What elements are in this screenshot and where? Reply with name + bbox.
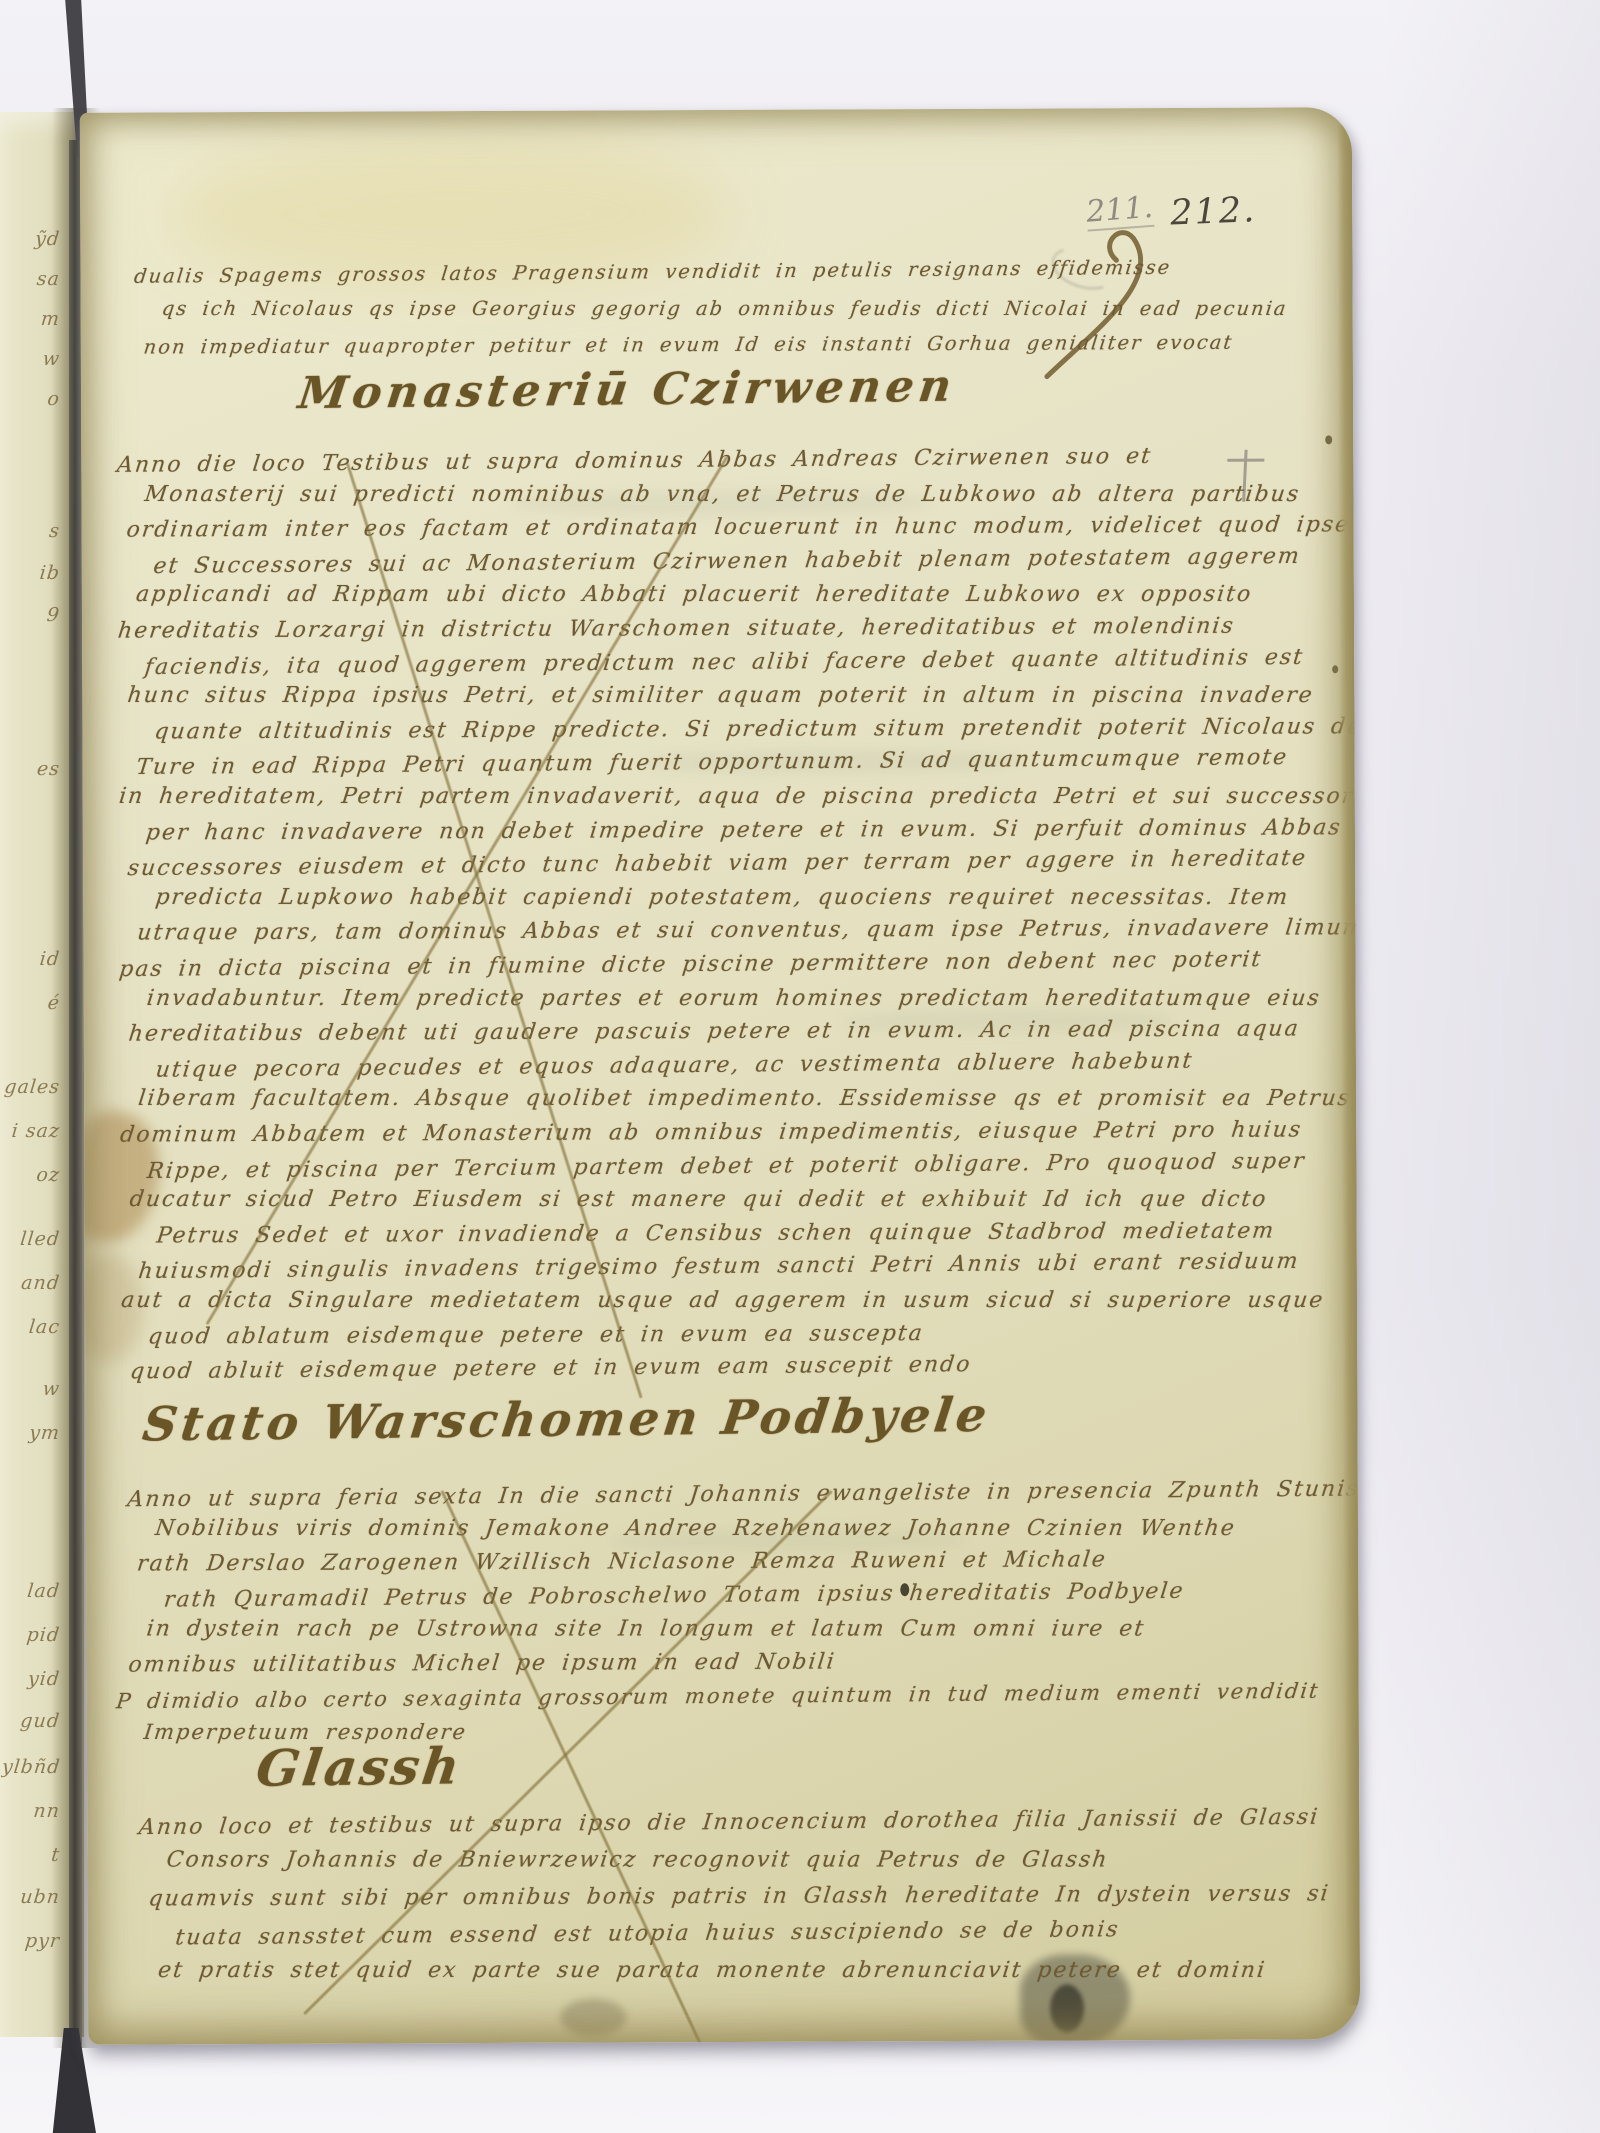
manuscript-line: liberam facultatem. Absque quolibet impe… — [137, 1086, 1353, 1111]
manuscript-line: quod ablatum eisdemque petere et in evum… — [147, 1321, 926, 1349]
heading-stato: Stato Warschomen Podbyele — [140, 1388, 994, 1453]
manuscript-line: dualis Spagems grossos latos Pragensium … — [133, 256, 1173, 288]
manuscript-line: et pratis stet quid ex parte sue parata … — [157, 1958, 1268, 1983]
manuscript-line: in hereditatem, Petri partem invadaverit… — [118, 784, 1361, 809]
binding-strap — [69, 140, 82, 2045]
page-fore-edge — [1337, 125, 1360, 2005]
manuscript-line: in dystein rach pe Ustrowna site In long… — [145, 1616, 1147, 1641]
scanned-book-photo: ỹdsamwosib9esidégalesi sazozlledandlacwy… — [0, 0, 1600, 2133]
manuscript-line: hereditatibus debent uti gaudere pascuis… — [127, 1017, 1301, 1047]
manuscript-line: successores eiusdem et dicto tunc habebi… — [126, 846, 1308, 881]
manuscript-line: et Successores sui ac Monasterium Czirwe… — [152, 544, 1302, 579]
manuscript-line: hereditatis Lorzargi in districtu Warsch… — [117, 614, 1237, 644]
manuscript-line: Ture in ead Rippa Petri quantum fuerit o… — [135, 745, 1290, 780]
manuscript-line: huiusmodi singulis invadens trigesimo fe… — [137, 1249, 1301, 1284]
manuscript-line: faciendis, ita quod aggerem predictum ne… — [143, 645, 1305, 680]
heading-monasterium: Monasteriū Czirwenen — [295, 361, 959, 419]
smudge-bottom-left — [560, 1998, 626, 2036]
manuscript-line: non impediatur quapropter petitur et in … — [142, 331, 1234, 359]
manuscript-line: Monasterij sui predicti nominibus ab vna… — [143, 482, 1301, 507]
manuscript-line: P dimidio albo certo sexaginta grossorum… — [115, 1679, 1321, 1714]
cross-mark-bar — [1227, 459, 1264, 462]
heading-glassh: Glassh — [253, 1736, 466, 1797]
edge-speck-1 — [1325, 435, 1332, 444]
manuscript-line: rath Quramadil Petrus de Pobroschelwo To… — [163, 1578, 1186, 1612]
manuscript-line: ducatur sicud Petro Eiusdem si est maner… — [128, 1187, 1269, 1212]
scanner-bed-shading — [1380, 0, 1600, 2133]
dark-smudge-core — [1050, 1984, 1084, 2032]
manuscript-line: utique pecora pecudes et equos adaquare,… — [154, 1048, 1194, 1082]
manuscript-line: pas in dicta piscina et in fiumine dicte… — [118, 947, 1264, 982]
edge-speck-2 — [1332, 665, 1338, 673]
manuscript-line: invadabuntur. Item predicte partes et eo… — [145, 986, 1322, 1011]
manuscript-line: hunc situs Rippa ipsius Petri, et simili… — [126, 683, 1315, 708]
manuscript-line: Anno loco et testibus ut supra ipso die … — [138, 1805, 1321, 1840]
manuscript-line: qs ich Nicolaus qs ipse Georgius gegorig… — [161, 296, 1289, 319]
manuscript-line: per hanc invadavere non debet impedire p… — [144, 815, 1343, 845]
manuscript-line: rath Derslao Zarogenen Wzillisch Niclaso… — [136, 1547, 1109, 1576]
manuscript-line: quante altitudinis est Rippe predicte. S… — [153, 714, 1360, 744]
manuscript-line: Anno die loco Testibus ut supra dominus … — [116, 444, 1154, 478]
manuscript-line: Nobilibus viris dominis Jemakone Andree … — [154, 1516, 1238, 1541]
manuscript-line: Anno ut supra feria sexta In die sancti … — [126, 1477, 1360, 1513]
manuscript-line: dominum Abbatem et Monasterium ab omnibu… — [119, 1117, 1304, 1147]
manuscript-line: predicta Lupkowo habebit capiendi potest… — [154, 885, 1291, 910]
manuscript-line: aut a dicta Singulare medietatem usque a… — [120, 1288, 1326, 1313]
manuscript-line: Consors Johannis de Bniewrzewicz recogno… — [165, 1847, 1110, 1872]
manuscript-line: Petrus Sedet et uxor invadiende a Censib… — [155, 1218, 1276, 1248]
manuscript-line: omnibus utilitatibus Michel pe ipsum in … — [127, 1649, 837, 1677]
manuscript-line: ordinariam inter eos factam et ordinatam… — [125, 512, 1360, 543]
manuscript-line: utraque pars, tam dominus Abbas et sui c… — [136, 915, 1360, 946]
handwritten-text-layer: dualis Spagems grossos latos Pragensium … — [80, 107, 1352, 113]
manuscript-line: applicandi ad Rippam ubi dicto Abbati pl… — [135, 582, 1254, 607]
manuscript-page: 211. 212. dualis Spagems grossos latos P… — [80, 107, 1360, 2045]
manuscript-line: quod abluit eisdemque petere et in evum … — [129, 1352, 973, 1384]
manuscript-line: Rippe, et piscina per Tercium partem deb… — [146, 1149, 1307, 1184]
manuscript-line: quamvis sunt sibi per omnibus bonis patr… — [147, 1881, 1331, 1911]
